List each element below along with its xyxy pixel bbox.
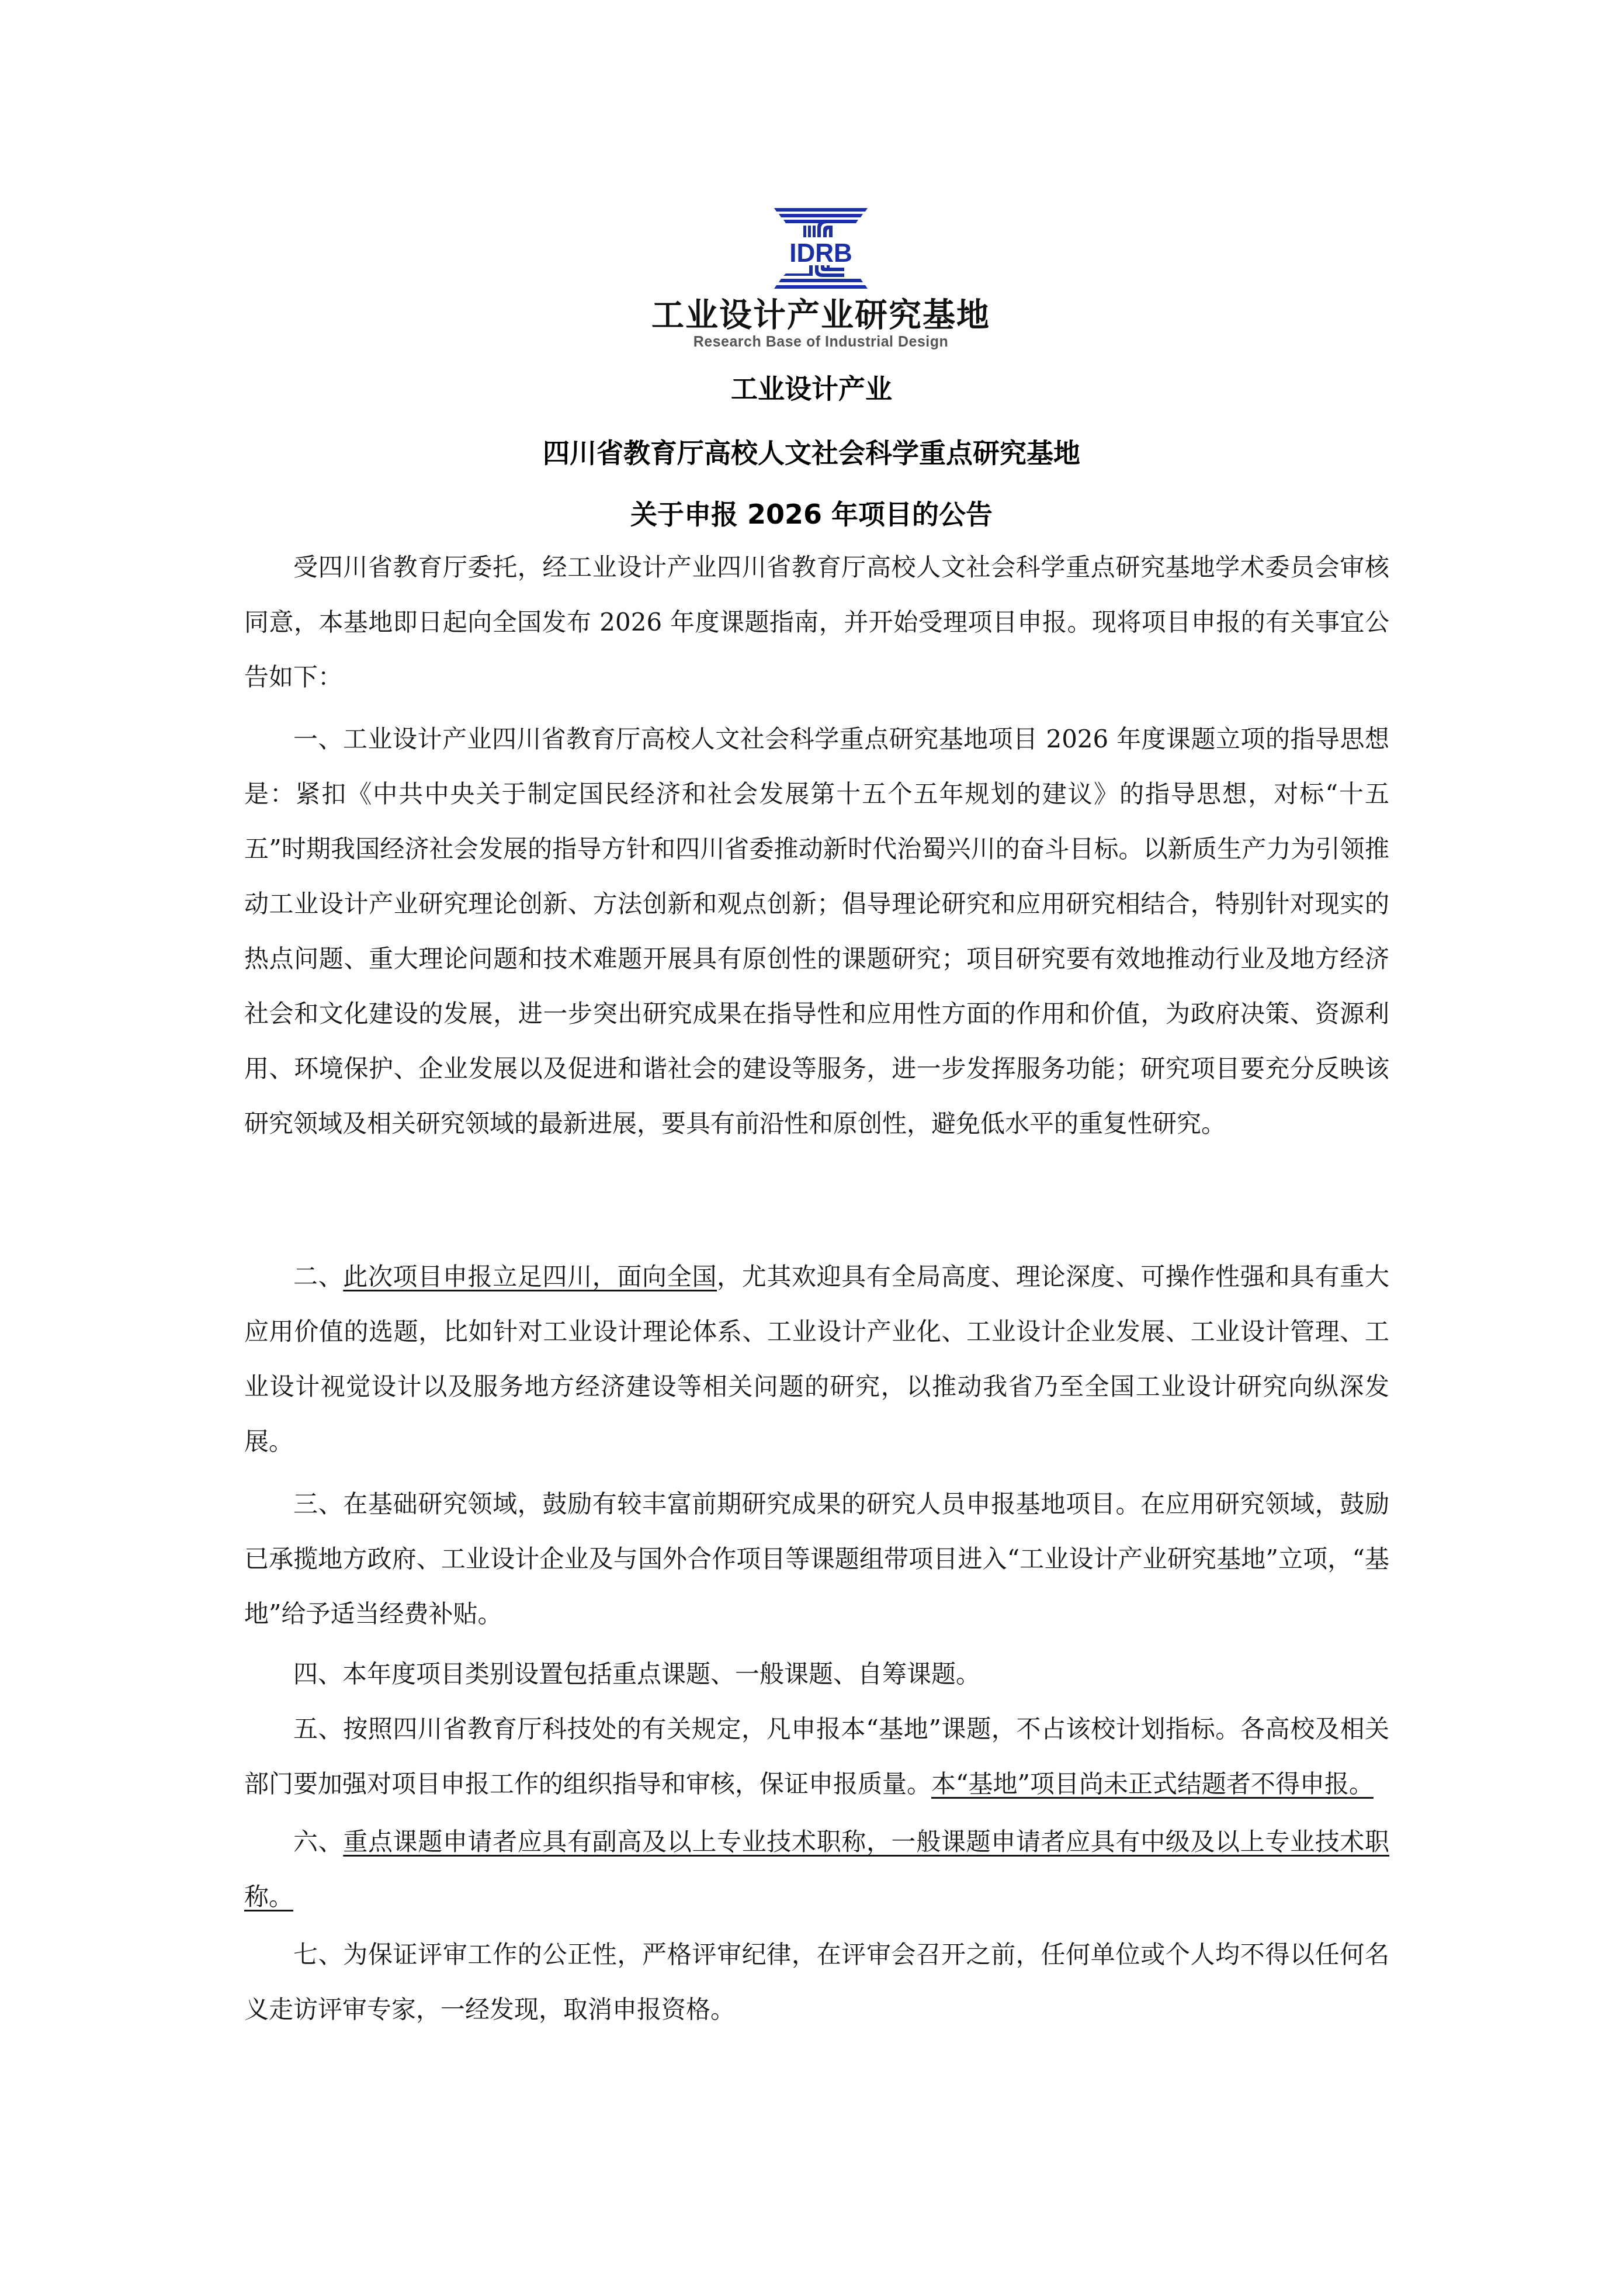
paragraph-2: 二、此次项目申报立足四川，面向全国，尤其欢迎具有全局高度、理论深度、可操作性强和… (244, 1249, 1389, 1469)
paragraph-1: 一、工业设计产业四川省教育厅高校人文社会科学重点研究基地项目 2026 年度课题… (244, 712, 1389, 1151)
paragraph-6-underlined: 重点课题申请者应具有副高及以上专业技术职称，一般课题申请者应具有中级及以上专业技… (244, 1827, 1389, 1911)
paragraph-2-rest: ，尤其欢迎具有全局高度、理论深度、可操作性强和具有重大应用价值的选题，比如针对工… (244, 1262, 1389, 1456)
paragraph-6-prefix: 六、 (293, 1827, 343, 1856)
paragraph-2-prefix: 二、 (293, 1262, 343, 1291)
logo-english-name: Research Base of Industrial Design (634, 333, 1008, 351)
paragraph-6: 六、重点课题申请者应具有副高及以上专业技术职称，一般课题申请者应具有中级及以上专… (244, 1814, 1389, 1924)
svg-text:IDRB: IDRB (789, 239, 852, 268)
paragraph-intro: 受四川省教育厅委托，经工业设计产业四川省教育厅高校人文社会科学重点研究基地学术委… (244, 540, 1389, 705)
logo-chinese-name: 工业设计产业研究基地 (634, 298, 1008, 333)
paragraph-5-underlined: 本“基地”项目尚未正式结题者不得申报。 (931, 1769, 1374, 1798)
paragraph-3: 三、在基础研究领域，鼓励有较丰富前期研究成果的研究人员申报基地项目。在应用研究领… (244, 1477, 1389, 1642)
paragraph-2-underlined: 此次项目申报立足四川，面向全国 (343, 1262, 717, 1291)
paragraph-5: 五、按照四川省教育厅科技处的有关规定，凡申报本“基地”课题，不占该校计划指标。各… (244, 1702, 1389, 1812)
title-line-2: 四川省教育厅高校人文社会科学重点研究基地 (0, 435, 1623, 470)
title-line-3: 关于申报 2026 年项目的公告 (0, 497, 1623, 532)
idrb-logo-mark-icon: IDRB (768, 205, 873, 292)
institution-logo: IDRB 工业设计产业研究基地 Research Base of Industr… (634, 205, 1008, 354)
title-line-1: 工业设计产业 (0, 371, 1623, 406)
paragraph-4: 四、本年度项目类别设置包括重点课题、一般课题、自筹课题。 (244, 1647, 1389, 1702)
paragraph-7: 七、为保证评审工作的公正性，严格评审纪律，在评审会召开之前，任何单位或个人均不得… (244, 1927, 1389, 2037)
